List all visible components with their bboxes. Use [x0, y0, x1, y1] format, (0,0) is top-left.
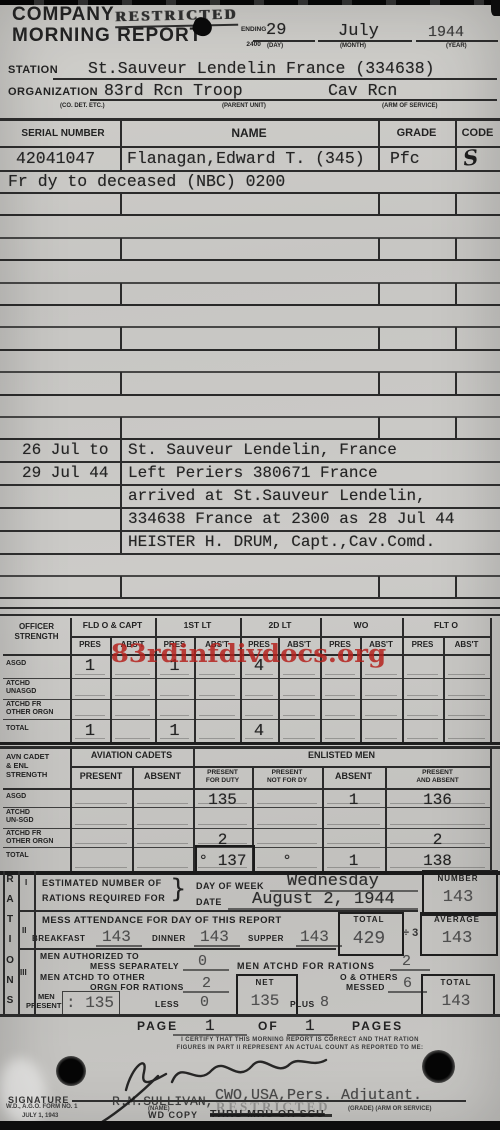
cell-pencil-line	[365, 695, 397, 696]
officer-cell-value: 1	[155, 722, 194, 741]
column-divider	[490, 618, 492, 742]
enl-cell-value: 138	[385, 852, 490, 870]
roster-header-code: CODE	[455, 127, 500, 139]
rule-line	[70, 636, 490, 638]
officer-sub-header: ABS'T	[443, 640, 490, 649]
rule-line	[96, 945, 142, 947]
column-divider	[120, 118, 122, 170]
column-divider	[120, 238, 122, 259]
paper-sheet: COMPANY MORNING REPORT RESTRICTED ENDING…	[0, 0, 500, 1130]
rule-line	[0, 607, 500, 609]
rule-line	[388, 991, 427, 993]
rations-total-label: TOTAL	[423, 978, 489, 987]
cell-pencil-line	[198, 824, 247, 825]
enl-cell-value: °	[252, 852, 322, 870]
men-present-value: : 135	[66, 994, 114, 1012]
rule-line	[0, 259, 500, 261]
of-label: OF	[258, 1019, 279, 1033]
enl-sub-header: PRESENT FOR DUTY	[193, 769, 252, 785]
atchd-other-value: 2	[202, 975, 211, 992]
column-divider	[120, 327, 122, 348]
column-divider	[402, 618, 404, 742]
rule-line	[253, 40, 315, 42]
organization-value: 83rd Rcn Troop	[104, 81, 243, 100]
officer-group-header: FLD O & CAPT	[70, 620, 155, 630]
cadets-group-header: AVIATION CADETS	[70, 750, 193, 760]
event-text: St. Sauveur Lendelin, France	[128, 441, 397, 459]
event-date: 29 Jul 44	[22, 464, 108, 482]
rule-line	[173, 1034, 247, 1036]
cell-pencil-line	[390, 824, 485, 825]
cell-pencil-line	[115, 738, 150, 739]
rule-line	[0, 597, 500, 599]
officer-group-header: 2D LT	[240, 620, 320, 630]
event-text: 334638 France at 2300 as 28 Jul 44	[128, 510, 454, 528]
rations-vertical-letter: O	[6, 955, 14, 966]
column-divider	[378, 417, 380, 438]
rule-line	[0, 170, 500, 172]
column-divider	[34, 871, 36, 1014]
rule-line	[3, 678, 490, 679]
watermark-text: 83rdinfdivdocs.org	[111, 639, 386, 668]
cell-pencil-line	[448, 674, 485, 675]
rations-i-line1: ESTIMATED NUMBER OF	[42, 878, 162, 888]
cell-pencil-line	[75, 803, 127, 804]
cell-pencil-line	[75, 843, 127, 844]
rule-line	[0, 349, 500, 351]
less-label: LESS	[155, 999, 179, 1009]
roster-grade-value: Pfc	[390, 149, 420, 168]
officer-row-label: TOTAL	[6, 725, 68, 733]
column-divider	[18, 871, 20, 1014]
company-title: COMPANY	[12, 4, 115, 26]
officer-group-header: WO	[320, 620, 402, 630]
rule-line	[0, 1014, 500, 1017]
report-year-value: 1944	[428, 24, 464, 41]
day-sublabel: (DAY)	[267, 43, 283, 49]
roster-remark: Fr dy to deceased (NBC) 0200	[8, 172, 285, 191]
plus-value: 8	[320, 994, 329, 1011]
rule-line	[18, 910, 418, 912]
roster-header-serial: SERIAL NUMBER	[6, 128, 120, 139]
cell-pencil-line	[283, 715, 315, 716]
supper-label: SUPPER	[248, 934, 284, 943]
auth-mess-line1: MEN AUTHORIZED TO	[40, 951, 139, 961]
column-divider	[378, 576, 380, 597]
morning-report-title: MORNING REPORT	[12, 25, 202, 47]
cell-pencil-line	[160, 695, 189, 696]
ending-word: ENDING	[241, 26, 266, 33]
enl-row-label: ATCHD UN-SGD	[6, 809, 68, 825]
report-month-value: July	[338, 22, 379, 41]
rations-vertical-letter: I	[9, 934, 12, 945]
supper-value: 143	[300, 928, 329, 946]
rule-line	[53, 78, 497, 80]
rule-line	[3, 788, 490, 790]
average-value: 143	[422, 929, 492, 948]
column-divider	[3, 871, 5, 1014]
rule-line	[0, 746, 500, 749]
column-divider	[120, 193, 122, 214]
rations-total-value: 143	[423, 992, 489, 1010]
enl-cell-value: 2	[385, 831, 490, 849]
pages-value: 1	[305, 1017, 315, 1035]
scanned-morning-report: COMPANY MORNING REPORT RESTRICTED ENDING…	[0, 0, 500, 1130]
enl-row-label: TOTAL	[6, 852, 68, 860]
rations-vertical-letter: S	[7, 995, 14, 1006]
enl-cell-value: 135	[193, 791, 252, 809]
rule-line	[0, 282, 500, 284]
cell-pencil-line	[283, 695, 315, 696]
rule-line	[183, 969, 229, 971]
rule-line	[318, 40, 412, 42]
form-number-line1: W.D., A.G.O. FORM NO. 1	[6, 1104, 77, 1110]
rule-line	[0, 438, 500, 440]
column-divider	[455, 118, 457, 170]
pages-label: PAGES	[352, 1019, 403, 1033]
enl-sub-header: ABSENT	[132, 772, 193, 780]
cell-pencil-line	[407, 695, 438, 696]
officer-sub-header: PRES	[70, 640, 110, 649]
column-divider	[378, 193, 380, 214]
parent-unit-sublabel: (PARENT UNIT)	[222, 103, 266, 109]
rule-line	[3, 699, 490, 700]
enl-sub-header: PRESENT NOT FOR DY	[252, 769, 322, 785]
rations-brace: }	[170, 874, 187, 904]
men-present-line2: PRESENT	[26, 1001, 61, 1010]
arm-of-service-value: Cav Rcn	[328, 81, 397, 100]
cell-pencil-line	[160, 715, 189, 716]
officer-cell-value: 1	[70, 657, 110, 676]
rule-line	[0, 192, 500, 194]
rule-line	[0, 371, 500, 373]
rule-line	[228, 908, 418, 910]
rule-line	[0, 530, 500, 532]
arm-service-sublabel: (ARM OF SERVICE)	[382, 103, 438, 109]
photo-edge-top	[0, 0, 500, 5]
rule-line	[287, 1034, 333, 1036]
cell-pencil-line	[137, 867, 188, 868]
cell-pencil-line	[115, 715, 150, 716]
cell-pencil-line	[137, 843, 188, 844]
others-messed-line2: MESSED	[346, 982, 385, 992]
total-duty-handbox	[195, 845, 255, 873]
others-messed-line1: O & OTHERS	[340, 972, 398, 982]
rations-vertical-letter: A	[6, 894, 13, 905]
column-divider	[455, 327, 457, 348]
cell-pencil-line	[257, 824, 317, 825]
rations-vertical-label: RATIONS	[3, 874, 17, 1006]
column-divider	[320, 618, 322, 742]
rule-line	[183, 991, 229, 993]
rule-line	[270, 890, 418, 892]
organization-label: ORGANIZATION	[8, 86, 98, 98]
atchd-other-line1: MEN ATCHD TO OTHER	[40, 972, 145, 982]
rule-line	[90, 99, 497, 101]
cell-pencil-line	[283, 674, 315, 675]
rations-vertical-letter: N	[6, 975, 13, 986]
enlisted-group-header: ENLISTED MEN	[193, 750, 490, 760]
enl-cell-value: 1	[322, 791, 385, 809]
mess-attendance-title: MESS ATTENDANCE FOR DAY OF THIS REPORT	[42, 915, 282, 926]
column-divider	[455, 576, 457, 597]
column-divider	[455, 283, 457, 304]
cell-pencil-line	[365, 738, 397, 739]
cell-pencil-line	[75, 867, 127, 868]
column-divider	[120, 484, 122, 507]
rations-numeral-ii: II	[22, 926, 26, 935]
rule-line	[18, 948, 336, 950]
rule-line	[0, 416, 500, 418]
cell-pencil-line	[75, 695, 105, 696]
cell-pencil-line	[325, 674, 355, 675]
cell-pencil-line	[199, 715, 235, 716]
rule-line	[0, 742, 500, 745]
cell-pencil-line	[245, 695, 273, 696]
cell-pencil-line	[448, 715, 485, 716]
enl-sub-header: ABSENT	[322, 772, 385, 780]
column-divider	[378, 238, 380, 259]
report-day-value: 29	[266, 21, 286, 40]
column-divider	[455, 417, 457, 438]
column-divider	[120, 283, 122, 304]
photo-edge-bottom	[0, 1121, 500, 1130]
rule-line	[0, 484, 500, 486]
column-divider	[120, 372, 122, 393]
average-label: AVERAGE	[422, 915, 492, 924]
enl-sub-header: PRESENT AND ABSENT	[385, 769, 490, 785]
rule-line	[0, 118, 500, 121]
cell-pencil-line	[407, 674, 438, 675]
event-text: Left Periers 380671 France	[128, 464, 378, 482]
rule-line	[0, 575, 500, 577]
cell-pencil-line	[115, 674, 150, 675]
rations-vertical-letter: T	[7, 914, 13, 925]
station-value: St.Sauveur Lendelin France (334638)	[88, 59, 435, 78]
column-divider	[120, 461, 122, 484]
atchd-for-rations-value: 2	[402, 953, 411, 970]
rations-i-line2: RATIONS REQUIRED FOR	[42, 893, 165, 903]
event-date: 26 Jul to	[22, 441, 108, 459]
enl-sub-header: PRESENT	[70, 772, 132, 780]
column-divider	[378, 118, 380, 170]
cell-pencil-line	[257, 843, 317, 844]
divide-by-three: ÷ 3	[403, 927, 418, 939]
enl-row-label: ATCHD FR OTHER ORGN	[6, 830, 68, 846]
officer-cell-value: 4	[240, 722, 278, 741]
enl-corner-label: AVN CADET & ENL STRENGTH	[3, 752, 73, 779]
restricted-stamp: RESTRICTED	[115, 7, 238, 29]
date-label: DATE	[196, 897, 222, 907]
cell-pencil-line	[365, 715, 397, 716]
rule-line	[416, 40, 498, 42]
roster-header-name: NAME	[120, 126, 378, 140]
column-divider	[120, 507, 122, 530]
others-messed-value: 6	[403, 975, 412, 992]
plus-label: PLUS	[290, 999, 315, 1009]
breakfast-value: 143	[102, 928, 131, 946]
cell-pencil-line	[448, 695, 485, 696]
less-value: 0	[200, 994, 209, 1011]
cell-pencil-line	[137, 803, 188, 804]
officer-sub-header: PRES	[402, 640, 443, 649]
rule-line	[0, 507, 500, 509]
station-label: STATION	[8, 64, 58, 76]
officer-row-label: ATCHD FR OTHER ORGN	[6, 701, 68, 717]
rations-numeral-iii: III	[20, 968, 27, 977]
rule-line	[0, 146, 500, 148]
cell-pencil-line	[199, 738, 235, 739]
cell-pencil-line	[245, 715, 273, 716]
punch-hole-left	[56, 1056, 86, 1086]
auth-mess-value: 0	[198, 953, 207, 970]
column-divider	[378, 372, 380, 393]
cell-pencil-line	[327, 824, 380, 825]
enl-cell-value: 136	[385, 791, 490, 809]
cell-pencil-line	[115, 695, 150, 696]
column-divider	[378, 283, 380, 304]
rule-line	[0, 326, 500, 328]
event-text: HEISTER H. DRUM, Capt.,Cav.Comd.	[128, 533, 435, 551]
rule-line	[0, 304, 500, 306]
month-sublabel: (MONTH)	[340, 43, 366, 49]
rations-vertical-letter: R	[6, 874, 13, 885]
enl-row-label: ASGD	[6, 793, 68, 801]
cell-pencil-line	[365, 674, 397, 675]
officer-row-label: ATCHD UNASGD	[6, 680, 68, 696]
column-divider	[132, 766, 134, 871]
cell-pencil-line	[448, 738, 485, 739]
total-mess-label: TOTAL	[340, 915, 398, 924]
rule-line	[296, 945, 342, 947]
column-divider	[443, 636, 445, 742]
rule-line	[3, 719, 490, 720]
rule-line	[0, 394, 500, 396]
officer-corner-label: OFFICER STRENGTH	[3, 622, 70, 642]
cell-pencil-line	[257, 803, 317, 804]
dinner-value: 143	[200, 928, 229, 946]
breakfast-label: BREAKFAST	[32, 934, 85, 943]
cell-pencil-line	[283, 738, 315, 739]
men-present-line1: MEN	[38, 992, 55, 1001]
column-divider	[120, 576, 122, 597]
total-mess-value: 429	[340, 929, 398, 949]
cell-pencil-line	[325, 695, 355, 696]
rule-line	[0, 614, 500, 616]
officer-group-header: 1ST LT	[155, 620, 240, 630]
rule-line	[0, 237, 500, 239]
net-value: 135	[238, 992, 292, 1010]
page-value: 1	[205, 1017, 215, 1035]
cell-pencil-line	[325, 715, 355, 716]
column-divider	[455, 238, 457, 259]
number-box-label: NUMBER	[424, 874, 492, 883]
rule-line	[0, 461, 500, 463]
number-box-value: 143	[424, 888, 492, 907]
officer-cell-value: 1	[70, 722, 110, 741]
column-divider	[120, 438, 122, 461]
punch-hole-right	[422, 1050, 455, 1083]
column-divider	[455, 372, 457, 393]
cell-pencil-line	[199, 674, 235, 675]
officer-row-label: ASGD	[6, 660, 68, 668]
atchd-for-rations-label: MEN ATCHD FOR RATIONS	[237, 961, 375, 971]
form-number-line2: JULY 1, 1943	[22, 1113, 58, 1119]
officer-group-header: FLT O	[402, 620, 490, 630]
net-label: NET	[238, 978, 292, 987]
cell-pencil-line	[327, 843, 380, 844]
signature-script	[88, 1038, 368, 1128]
cell-pencil-line	[137, 824, 188, 825]
column-divider	[490, 746, 492, 871]
rule-line	[0, 553, 500, 555]
cell-pencil-line	[407, 738, 438, 739]
cell-pencil-line	[75, 715, 105, 716]
roster-header-grade: GRADE	[378, 127, 455, 139]
page-label: PAGE	[137, 1019, 178, 1033]
rule-line	[390, 969, 430, 971]
auth-mess-line2: MESS SEPARATELY	[90, 961, 179, 971]
cell-pencil-line	[325, 738, 355, 739]
date-value: August 2, 1944	[252, 890, 395, 909]
column-divider	[378, 327, 380, 348]
column-divider	[455, 193, 457, 214]
rule-line	[3, 828, 490, 829]
cell-pencil-line	[75, 824, 127, 825]
enl-cell-value: 1	[322, 852, 385, 870]
ending-label: ENDING 2400	[233, 18, 267, 56]
photo-edge-top-right	[491, 0, 500, 16]
roster-code-value: S	[462, 144, 480, 170]
cell-pencil-line	[199, 695, 235, 696]
cell-pencil-line	[407, 715, 438, 716]
rule-line	[0, 214, 500, 216]
column-divider	[120, 530, 122, 553]
rule-line	[194, 945, 240, 947]
rations-numeral-i: I	[25, 878, 27, 887]
year-sublabel: (YEAR)	[446, 43, 467, 49]
co-det-sublabel: (CO. DET. ETC.)	[60, 103, 105, 109]
roster-serial-value: 42041047	[16, 149, 95, 168]
dinner-label: DINNER	[152, 934, 186, 943]
event-text: arrived at St.Sauveur Lendelin,	[128, 487, 426, 505]
column-divider	[120, 417, 122, 438]
roster-name-value: Flanagan,Edward T. (345)	[127, 149, 365, 168]
